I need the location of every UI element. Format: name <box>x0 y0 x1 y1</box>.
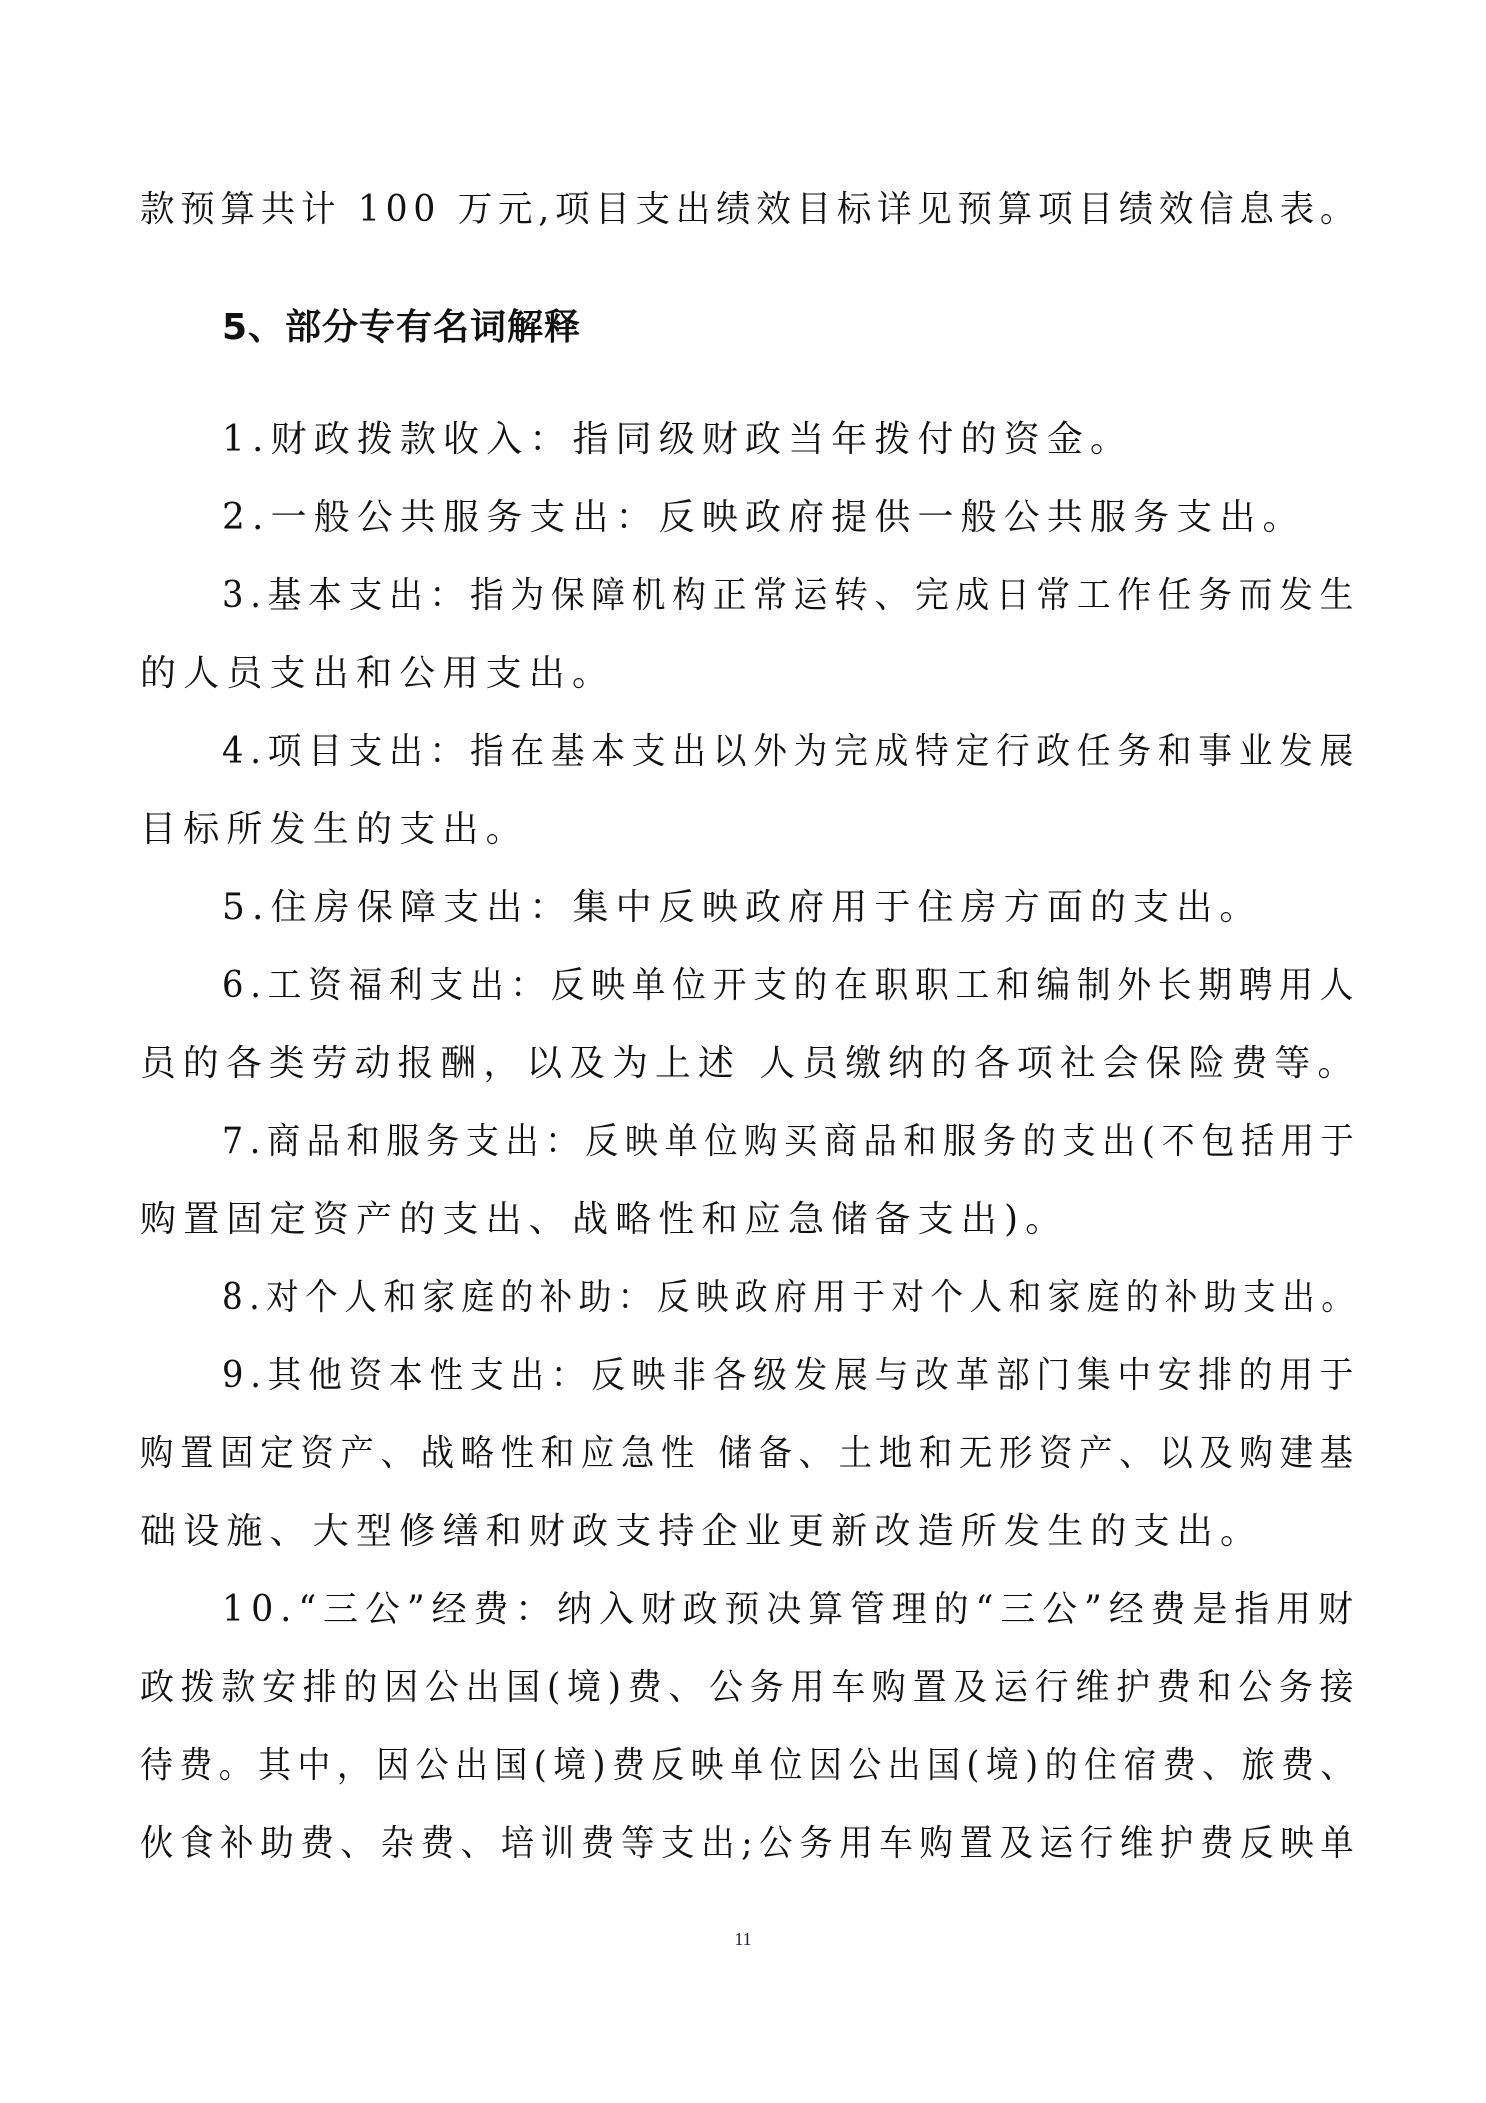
paragraph-line: 3.基本支出：指为保障机构正常运转、完成日常工作任务而发生 <box>222 574 1290 618</box>
paragraph-line: 2.一般公共服务支出：反映政府提供一般公共服务支出。 <box>222 496 1360 540</box>
document-page: 款预算共计 100 万元,项目支出绩效目标详见预算项目绩效信息表。 5、部分专有… <box>0 0 1486 2103</box>
paragraph-line: 的人员支出和公用支出。 <box>140 652 1360 696</box>
section-heading: 5、部分专有名词解释 <box>222 306 581 350</box>
paragraph-line: 伙食补助费、杂费、培训费等支出;公务用车购置及运行维护费反映单 <box>140 1822 1272 1866</box>
paragraph-line: 8.对个人和家庭的补助：反映政府用于对个人和家庭的补助支出。 <box>222 1276 1253 1320</box>
paragraph-line: 员的各类劳动报酬，以及为上述 人员缴纳的各项社会保险费等。 <box>140 1042 1352 1086</box>
paragraph-line: 7.商品和服务支出：反映单位购买商品和服务的支出(不包括用于 <box>222 1120 1272 1164</box>
paragraph-line: 5.住房保障支出：集中反映政府用于住房方面的支出。 <box>222 886 1360 930</box>
paragraph-line: 础设施、大型修缮和财政支持企业更新改造所发生的支出。 <box>140 1510 1360 1554</box>
paragraph-line: 4.项目支出：指在基本支出以外为完成特定行政任务和事业发展 <box>222 730 1290 774</box>
paragraph-line: 政拨款安排的因公出国(境)费、公务用车购置及运行维护费和公务接 <box>140 1666 1289 1710</box>
paragraph-line: 10.“三公”经费：纳入财政预决算管理的“三公”经费是指用财 <box>222 1588 1326 1632</box>
page-number: 11 <box>0 1928 1486 1950</box>
paragraph-line: 1.财政拨款收入：指同级财政当年拨付的资金。 <box>222 418 1360 462</box>
paragraph-line: 6.工资福利支出：反映单位开支的在职职工和编制外长期聘用人 <box>222 964 1290 1008</box>
paragraph-line: 待费。其中，因公出国(境)费反映单位因公出国(境)的住宿费、旅费、 <box>140 1744 1252 1788</box>
paragraph-line: 购置固定资产、战略性和应急性 储备、土地和无形资产、以及购建基 <box>140 1432 1272 1476</box>
paragraph-line: 9.其他资本性支出：反映非各级发展与改革部门集中安排的用于 <box>222 1354 1290 1398</box>
paragraph-line: 目标所发生的支出。 <box>140 808 1360 852</box>
paragraph-line: 购置固定资产的支出、战略性和应急储备支出)。 <box>140 1198 1360 1242</box>
intro-line: 款预算共计 100 万元,项目支出绩效目标详见预算项目绩效信息表。 <box>140 188 1309 232</box>
